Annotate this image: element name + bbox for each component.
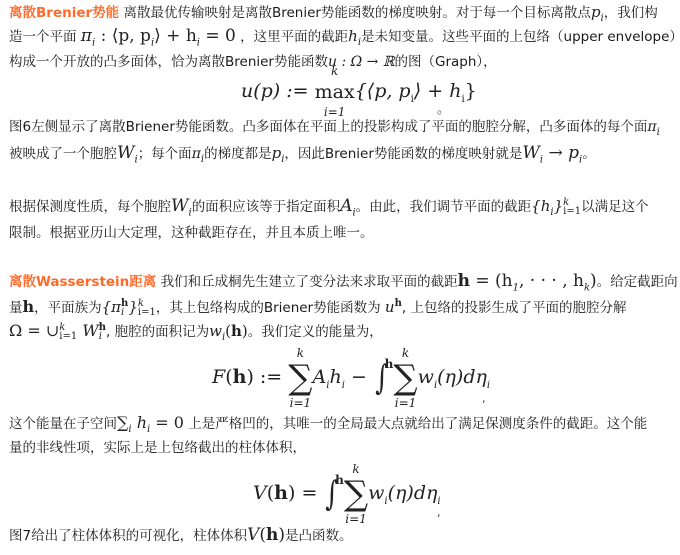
text: 被映成了一个胞腔 bbox=[9, 146, 117, 162]
math-sup: h bbox=[395, 298, 402, 309]
formula-trail: , bbox=[437, 506, 441, 519]
math-var: F bbox=[212, 366, 225, 388]
math-bold-h: h bbox=[231, 322, 242, 340]
math-text: = bbox=[295, 482, 323, 504]
math-var: {π bbox=[102, 298, 121, 316]
math-text: ) bbox=[246, 366, 253, 388]
op-upper: k bbox=[315, 64, 355, 78]
paragraph-line: 造一个平面 πi : ⟨p, pi⟩ + hi = 0 ，这里平面的截距hi是未… bbox=[9, 27, 680, 47]
paragraph-line: 量的非线性项，实际上是上包络截出的柱体体积， bbox=[9, 439, 306, 459]
math-omega-union: Ω = ∪ki=1 Whi bbox=[9, 321, 106, 340]
math-h-set: {hi}ki=1 bbox=[531, 197, 581, 215]
text: 的梯度都是 bbox=[204, 146, 272, 162]
text: 。由此，我们调节平面的截距 bbox=[356, 199, 532, 215]
math-text: } bbox=[128, 298, 138, 316]
text: 限制。根据亚历山大定理，这种截距存在，并且本质上唯一。 bbox=[9, 225, 374, 241]
formula-V: V(h) = ∫hk∑i=1wi(η)dηi bbox=[253, 474, 441, 514]
text: , 上包络的投影生成了平面的胞腔分解 bbox=[402, 300, 627, 316]
math-text: ( bbox=[225, 366, 232, 388]
math-W: Wi bbox=[117, 143, 138, 163]
math-var: V bbox=[247, 525, 259, 545]
text: 构成一个开放的凸多面体，恰为离散Brenier势能函数 bbox=[9, 54, 328, 70]
text: 以满足这个 bbox=[581, 199, 649, 215]
math-text: Ω = ∪ bbox=[9, 321, 59, 340]
formula-F: F(h) := k∑i=1Aihi − ∫hk∑i=1wi(η)dηi bbox=[212, 358, 490, 398]
math-sub: i=1 bbox=[563, 207, 581, 216]
text: ，平面族为 bbox=[34, 300, 102, 316]
op-lower: i=1 bbox=[393, 396, 417, 410]
formula-trail: 。 bbox=[437, 98, 450, 117]
math-var: p bbox=[591, 3, 601, 21]
text: 图7给出了柱体体积的可视化，柱体体积 bbox=[9, 528, 247, 544]
paragraph-line: 量h，平面族为{πhi}ki=1，其上包络构成的Briener势能函数为 uh,… bbox=[9, 298, 626, 318]
math-text: ∑ bbox=[117, 413, 128, 432]
math-sub: i bbox=[99, 332, 106, 341]
math-text: (η)dη bbox=[388, 482, 438, 504]
math-var: w bbox=[368, 482, 384, 504]
math-var: W bbox=[117, 143, 134, 163]
formula-lhs: u(p) := bbox=[241, 80, 315, 102]
math-var: W bbox=[77, 321, 99, 340]
text: 我们和丘成桐先生建立了变分法来求取平面的截距 bbox=[156, 274, 457, 290]
text: 图6左侧显示了离散Briener势能函数。凸多面体在平面上的投影构成了平面的胞腔… bbox=[9, 119, 647, 135]
text: 的面积应该等于指定面积 bbox=[192, 199, 341, 215]
text: 根据保测度性质，每个胞腔 bbox=[9, 199, 171, 215]
math-sub: i=1 bbox=[138, 308, 156, 317]
op-name: max bbox=[315, 81, 355, 103]
math-pi: πi bbox=[647, 119, 659, 135]
math-pi-set: {πhi}ki=1 bbox=[102, 298, 156, 316]
sigma-symbol: ∑ bbox=[288, 358, 312, 398]
text: 上是严格凹的，其唯一的全局最大点就给出了满足保测度条件的截距。这个能 bbox=[184, 416, 647, 432]
text: ；每个面 bbox=[138, 146, 192, 162]
math-sub: i bbox=[487, 380, 490, 391]
math-var: V bbox=[253, 482, 267, 504]
formula-rhs: } bbox=[465, 80, 477, 102]
math-h: hi bbox=[348, 27, 361, 45]
sigma-symbol: ∑ bbox=[393, 358, 417, 398]
math-limits: ki=1 bbox=[563, 198, 581, 216]
op-lower: i=1 bbox=[288, 396, 312, 410]
math-text: , · · · , h bbox=[519, 271, 584, 291]
math-w-h: wi(h) bbox=[209, 322, 248, 340]
op-lower: i=1 bbox=[315, 105, 355, 119]
formula-trail: , bbox=[482, 392, 486, 405]
op-lower: i=1 bbox=[344, 512, 368, 526]
paragraph-line: 这个能量在子空间∑i hi = 0 上是严格凹的，其唯一的全局最大点就给出了满足… bbox=[9, 414, 647, 434]
math-u-h: uh bbox=[385, 298, 402, 316]
math-bold-h: h bbox=[266, 525, 278, 545]
paragraph-line: 图6左侧显示了离散Briener势能函数。凸多面体在平面上的投影构成了平面的胞腔… bbox=[9, 118, 660, 138]
math-var: π bbox=[647, 119, 656, 135]
math-text: := bbox=[254, 366, 288, 388]
math-var: π bbox=[192, 146, 201, 162]
paragraph-line: 限制。根据亚历山大定理，这种截距存在，并且本质上唯一。 bbox=[9, 224, 374, 244]
math-bold-h: h bbox=[233, 366, 247, 388]
text: 量 bbox=[9, 300, 23, 316]
math-var: W bbox=[522, 143, 539, 163]
integral-upper: h bbox=[335, 473, 344, 487]
paragraph-line: Ω = ∪ki=1 Whi, 胞腔的面积记为wi(h)。我们定义的能量为， bbox=[9, 322, 383, 342]
math-var: h bbox=[132, 413, 147, 432]
paragraph-line: 构成一个开放的凸多面体，恰为离散Brenier势能函数u : Ω → ℝ的图（G… bbox=[9, 53, 497, 73]
max-operator: kmaxi=1 bbox=[315, 81, 355, 103]
math-sub: i=1 bbox=[59, 332, 77, 341]
text: , 胞腔的面积记为 bbox=[106, 324, 209, 340]
text: 这个能量在子空间 bbox=[9, 416, 117, 432]
math-bold-h: h bbox=[274, 482, 288, 504]
math-text: } bbox=[554, 197, 564, 215]
math-pi: πi bbox=[192, 146, 204, 162]
sum-operator: k∑i=1 bbox=[288, 363, 312, 394]
text: ，我们构 bbox=[604, 5, 658, 21]
text: 。我们定义的能量为， bbox=[248, 324, 383, 340]
text: 离散最优传输映射是离散Brenier势能函数的梯度映射。对于每一个目标离散点 bbox=[119, 5, 591, 21]
formula-rhs: {⟨p, p bbox=[355, 80, 411, 102]
math-gradient-map: Wi → pi bbox=[522, 143, 582, 163]
math-var: h bbox=[348, 27, 358, 45]
math-var: h bbox=[329, 366, 341, 388]
paragraph-line: 根据保测度性质，每个胞腔Wi的面积应该等于指定面积Ai。由此，我们调节平面的截距… bbox=[9, 197, 649, 217]
text: ，其上包络构成的Briener势能函数为 bbox=[156, 300, 385, 316]
math-text: − bbox=[345, 366, 373, 388]
math-plane-eq: πi : ⟨p, pi⟩ + hi = 0 bbox=[81, 26, 236, 46]
math-bold-h: h bbox=[458, 271, 470, 291]
math-p: pi bbox=[272, 144, 285, 162]
math-var: w bbox=[418, 366, 434, 388]
math-var: A bbox=[313, 366, 327, 388]
math-var: W bbox=[171, 196, 188, 216]
math-text: ⟩ + h bbox=[154, 26, 197, 46]
math-h-vector: h = (h1, · · · , hk) bbox=[458, 271, 597, 291]
math-A: Ai bbox=[340, 196, 355, 216]
math-limits: ki=1 bbox=[138, 299, 156, 317]
text: 的图（Graph）， bbox=[395, 54, 497, 70]
paragraph-line: 离散Wasserstein距离 我们和丘成桐先生建立了变分法来求取平面的截距h … bbox=[9, 272, 678, 292]
math-V-h: V(h) bbox=[247, 525, 285, 545]
paragraph-line: 被映成了一个胞腔Wi；每个面πi的梯度都是pi，因此Brenier势能函数的梯度… bbox=[9, 144, 596, 164]
math-var: π bbox=[81, 26, 92, 46]
math-p: pi bbox=[591, 3, 604, 21]
math-text: = 0 bbox=[150, 413, 184, 432]
op-upper: k bbox=[288, 346, 312, 360]
math-limits: hi bbox=[99, 323, 106, 341]
sigma-symbol: ∑ bbox=[344, 474, 368, 514]
section-heading-wasserstein: 离散Wasserstein距离 bbox=[9, 274, 156, 290]
op-upper: k bbox=[344, 462, 368, 476]
text: 。给定截距向 bbox=[597, 274, 678, 290]
math-var: w bbox=[209, 322, 222, 340]
text: ，这里平面的截距 bbox=[236, 29, 348, 45]
paragraph-line: 图7给出了柱体体积的可视化，柱体体积V(h)是凸函数。 bbox=[9, 526, 353, 546]
math-text: ) bbox=[590, 271, 597, 291]
math-W: Wi bbox=[171, 196, 192, 216]
math-var: p bbox=[272, 144, 282, 162]
section-heading-brenier: 离散Brenier势能 bbox=[9, 5, 119, 21]
sum-operator: k∑i=1 bbox=[393, 363, 417, 394]
text: 造一个平面 bbox=[9, 29, 81, 45]
math-text: (η)dη bbox=[437, 366, 487, 388]
math-bold-h: h bbox=[23, 297, 35, 316]
text: 。 bbox=[582, 146, 596, 162]
math-var: A bbox=[340, 196, 352, 216]
math-text: = (h bbox=[470, 271, 513, 291]
paragraph-line: 离散Brenier势能 离散最优传输映射是离散Brenier势能函数的梯度映射。… bbox=[9, 3, 658, 23]
text: 量的非线性项，实际上是上包络截出的柱体体积， bbox=[9, 440, 306, 456]
sum-operator: k∑i=1 bbox=[344, 479, 368, 510]
math-sum-constraint: ∑i hi = 0 bbox=[117, 413, 184, 432]
math-text: = 0 bbox=[200, 26, 236, 46]
integral-upper: h bbox=[385, 357, 394, 371]
text: 是凸函数。 bbox=[285, 528, 353, 544]
math-var: {h bbox=[531, 197, 550, 215]
math-text: : ⟨p, p bbox=[95, 26, 151, 46]
text: ，因此Brenier势能函数的梯度映射就是 bbox=[284, 146, 522, 162]
text: 是未知变量。这些平面的上包络（upper envelope） bbox=[361, 29, 680, 45]
op-upper: k bbox=[393, 346, 417, 360]
math-sub: i bbox=[657, 127, 660, 138]
math-limits: ki=1 bbox=[59, 323, 77, 341]
math-text: → p bbox=[543, 143, 579, 163]
math-var: u bbox=[385, 298, 395, 316]
